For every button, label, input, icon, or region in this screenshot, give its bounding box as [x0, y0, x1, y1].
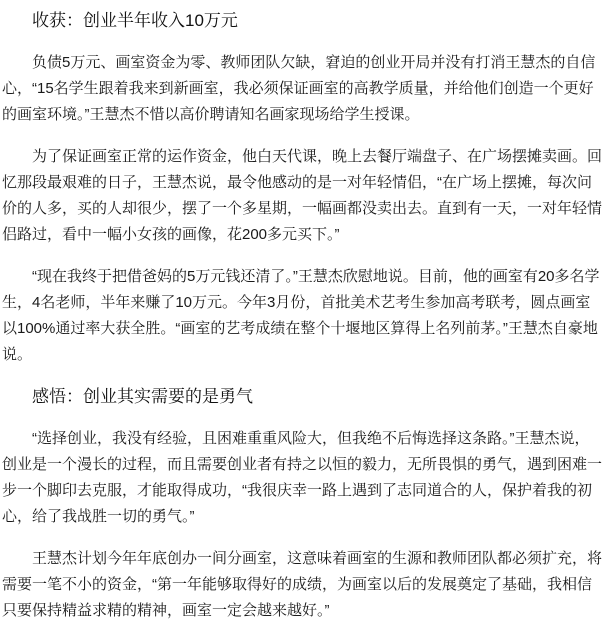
paragraph-repaid-loan: “现在我终于把借爸妈的5万元钱还清了。”王慧杰欣慰地说。目前，他的画室有20多名…	[2, 264, 602, 368]
paragraph-courage: “选择创业，我没有经验，且困难重重风险大，但我绝不后悔选择这条路。”王慧杰说，创…	[2, 426, 602, 530]
paragraph-hard-times: 为了保证画室正常的运作资金，他白天代课，晚上去餐厅端盘子、在广场摆摊卖画。回忆那…	[2, 144, 602, 248]
article: 收获：创业半年收入10万元 负债5万元、画室资金为零、教师团队欠缺，窘迫的创业开…	[2, 8, 602, 624]
section-heading-reflection: 感悟：创业其实需要的是勇气	[2, 384, 602, 410]
paragraph-startup-debt: 负债5万元、画室资金为零、教师团队欠缺，窘迫的创业开局并没有打消王慧杰的自信心，…	[2, 50, 602, 128]
paragraph-future-plan: 王慧杰计划今年年底创办一间分画室，这意味着画室的生源和教师团队都必须扩充，将需要…	[2, 546, 602, 624]
section-heading-harvest: 收获：创业半年收入10万元	[2, 8, 602, 34]
